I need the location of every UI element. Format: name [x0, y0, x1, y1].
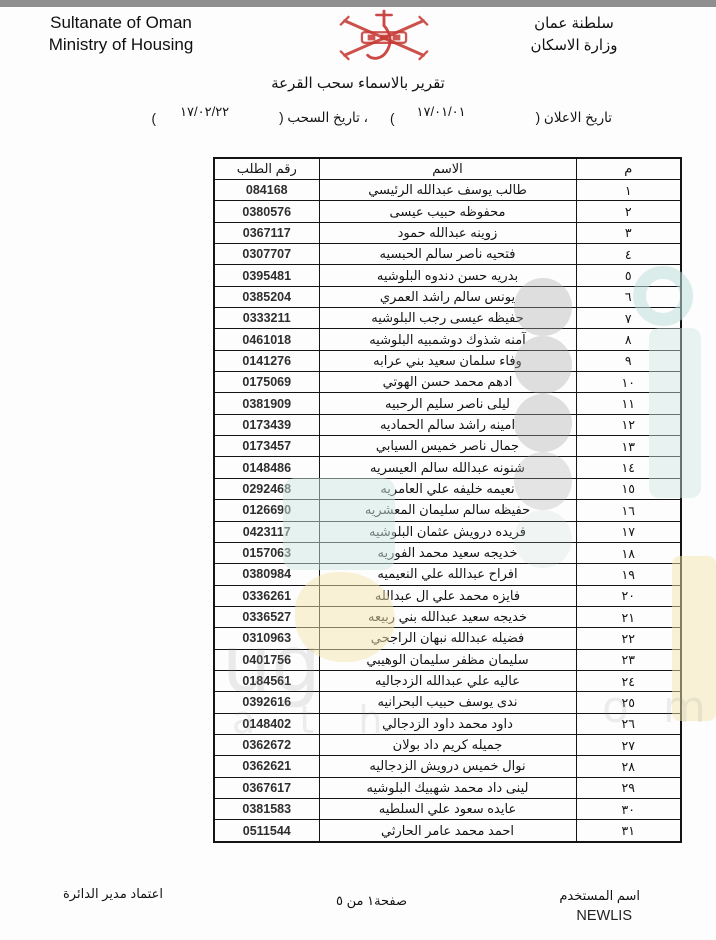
- table-row: 0157063خديجه سعيد محمد الفوريه١٨: [214, 542, 681, 563]
- request-no-cell: 0307707: [214, 244, 319, 265]
- table-row: 0511544احمد محمد عامر الحارثي٣١: [214, 820, 681, 842]
- serial-cell: ١٣: [576, 436, 681, 457]
- table-row: 0401756سليمان مظفر سليمان الوهيبي٢٣: [214, 649, 681, 670]
- request-no-cell: 0367117: [214, 222, 319, 243]
- arabic-header-line2: وزارة الاسكان: [504, 35, 644, 57]
- request-no-cell: 0333211: [214, 308, 319, 329]
- name-cell: ادهم محمد حسن الهوتي: [319, 372, 576, 393]
- table-row: 0333211حفيظه عيسى رجب البلوشيه٧: [214, 308, 681, 329]
- english-header-line2: Ministry of Housing: [30, 34, 212, 56]
- name-cell: يونس سالم راشد العمري: [319, 286, 576, 307]
- serial-cell: ١٩: [576, 564, 681, 585]
- request-no-cell: 0392616: [214, 692, 319, 713]
- request-no-header: رقم الطلب: [214, 158, 319, 180]
- table-row: 0141276وفاء سلمان سعيد بني عرابه٩: [214, 350, 681, 371]
- table-row: 0148486شنونه عبدالله سالم العيسريه١٤: [214, 457, 681, 478]
- table-row: 0362672جميله كريم داد بولان٢٧: [214, 734, 681, 755]
- announcement-close-paren: ): [390, 111, 395, 126]
- table-row: 0126690حفيظه سالم سليمان المعشريه١٦: [214, 500, 681, 521]
- serial-cell: ١٧: [576, 521, 681, 542]
- serial-cell: ١٦: [576, 500, 681, 521]
- serial-cell: ١٨: [576, 542, 681, 563]
- request-no-cell: 0292468: [214, 478, 319, 499]
- name-cell: وفاء سلمان سعيد بني عرابه: [319, 350, 576, 371]
- arabic-header-line1: سلطنة عمان: [504, 13, 644, 35]
- oman-emblem-icon: [336, 6, 432, 70]
- table-row: 0392616ندى يوسف حبيب البحرانيه٢٥: [214, 692, 681, 713]
- request-no-cell: 0175069: [214, 372, 319, 393]
- username-value: NEWLIS: [576, 908, 632, 924]
- name-cell: فايزه محمد علي ال عبدالله: [319, 585, 576, 606]
- serial-cell: ٦: [576, 286, 681, 307]
- table-row: 0380984افراح عبدالله علي النعيميه١٩: [214, 564, 681, 585]
- name-cell: آمنه شذوك دوشمبيه البلوشيه: [319, 329, 576, 350]
- table-row: 0461018آمنه شذوك دوشمبيه البلوشيه٨: [214, 329, 681, 350]
- serial-cell: ٧: [576, 308, 681, 329]
- serial-cell: ٢: [576, 201, 681, 222]
- serial-cell: ٩: [576, 350, 681, 371]
- serial-cell: ١٥: [576, 478, 681, 499]
- table-row: 0381909ليلى ناصر سليم الرحبيه١١: [214, 393, 681, 414]
- name-cell: ندى يوسف حبيب البحرانيه: [319, 692, 576, 713]
- request-no-cell: 0401756: [214, 649, 319, 670]
- name-cell: امينه راشد سالم الحماديه: [319, 414, 576, 435]
- request-no-cell: 0184561: [214, 670, 319, 691]
- name-cell: نوال خميس درويش الزدجاليه: [319, 756, 576, 777]
- request-no-cell: 0148402: [214, 713, 319, 734]
- table-row: 0385204يونس سالم راشد العمري٦: [214, 286, 681, 307]
- serial-cell: ٢٩: [576, 777, 681, 798]
- name-cell: احمد محمد عامر الحارثي: [319, 820, 576, 842]
- name-cell: فضيله عبدالله نبهان الراجحي: [319, 628, 576, 649]
- table-row: 0362621نوال خميس درويش الزدجاليه٢٨: [214, 756, 681, 777]
- table-row: 0395481بدريه حسن دندوه البلوشيه٥: [214, 265, 681, 286]
- serial-cell: ٣١: [576, 820, 681, 842]
- table-row: 0292468نعيمه خليفه علي العامريه١٥: [214, 478, 681, 499]
- request-no-cell: 0141276: [214, 350, 319, 371]
- request-no-cell: 084168: [214, 180, 319, 201]
- arabic-header: سلطنة عمان وزارة الاسكان: [504, 13, 644, 57]
- request-no-cell: 0310963: [214, 628, 319, 649]
- table-row: 0307707فتحيه ناصر سالم الحبسيه٤: [214, 244, 681, 265]
- serial-cell: ٢٢: [576, 628, 681, 649]
- name-cell: داود محمد داود الزدجالي: [319, 713, 576, 734]
- announcement-date-value: ١٧/٠١/٠١: [417, 104, 466, 120]
- name-cell: خديجه سعيد عبدالله بني ربيعه: [319, 606, 576, 627]
- date-line: تاريخ الاعلان ( ١٧/٠١/٠١ ) ، تاريخ السحب…: [152, 110, 612, 126]
- lottery-names-table: رقم الطلب الاسم م 084168طالب يوسف عبدالل…: [213, 157, 682, 843]
- table-row: 0381583عايده سعود علي السلطيه٣٠: [214, 798, 681, 819]
- request-no-cell: 0126690: [214, 500, 319, 521]
- serial-cell: ٤: [576, 244, 681, 265]
- table-row: 0175069ادهم محمد حسن الهوتي١٠: [214, 372, 681, 393]
- serial-cell: ٢٠: [576, 585, 681, 606]
- name-cell: نعيمه خليفه علي العامريه: [319, 478, 576, 499]
- english-header: Sultanate of Oman Ministry of Housing: [30, 12, 212, 56]
- serial-cell: ٢٧: [576, 734, 681, 755]
- request-no-cell: 0423117: [214, 521, 319, 542]
- request-no-cell: 0362621: [214, 756, 319, 777]
- name-cell: ليلى ناصر سليم الرحبيه: [319, 393, 576, 414]
- report-title: تقرير بالاسماء سحب القرعة: [0, 74, 716, 92]
- english-header-line1: Sultanate of Oman: [30, 12, 212, 34]
- name-cell: شنونه عبدالله سالم العيسريه: [319, 457, 576, 478]
- name-cell: لينى داد محمد شهبيك البلوشيه: [319, 777, 576, 798]
- table-row: 0336527خديجه سعيد عبدالله بني ربيعه٢١: [214, 606, 681, 627]
- table-row: 0184561عاليه علي عبدالله الزدجاليه٢٤: [214, 670, 681, 691]
- serial-cell: ٢٦: [576, 713, 681, 734]
- name-cell: طالب يوسف عبدالله الرئيسي: [319, 180, 576, 201]
- table-row: 0423117فريده درويش عثمان البلوشيه١٧: [214, 521, 681, 542]
- serial-cell: ٢٤: [576, 670, 681, 691]
- request-no-cell: 0380984: [214, 564, 319, 585]
- serial-cell: ٢٣: [576, 649, 681, 670]
- serial-cell: ١٤: [576, 457, 681, 478]
- approval-label: اعتماد مدير الدائرة: [63, 886, 163, 902]
- serial-cell: ٨: [576, 329, 681, 350]
- name-cell: عاليه علي عبدالله الزدجاليه: [319, 670, 576, 691]
- serial-cell: ٢٥: [576, 692, 681, 713]
- request-no-cell: 0380576: [214, 201, 319, 222]
- name-cell: حفيظه سالم سليمان المعشريه: [319, 500, 576, 521]
- serial-cell: ١: [576, 180, 681, 201]
- name-cell: حفيظه عيسى رجب البلوشيه: [319, 308, 576, 329]
- request-no-cell: 0395481: [214, 265, 319, 286]
- name-cell: فتحيه ناصر سالم الحبسيه: [319, 244, 576, 265]
- request-no-cell: 0511544: [214, 820, 319, 842]
- name-cell: فريده درويش عثمان البلوشيه: [319, 521, 576, 542]
- request-no-cell: 0385204: [214, 286, 319, 307]
- request-no-cell: 0362672: [214, 734, 319, 755]
- request-no-cell: 0367617: [214, 777, 319, 798]
- table-row: 0336261فايزه محمد علي ال عبدالله٢٠: [214, 585, 681, 606]
- name-cell: محفوظه حبيب عيسى: [319, 201, 576, 222]
- serial-cell: ١٢: [576, 414, 681, 435]
- name-cell: جميله كريم داد بولان: [319, 734, 576, 755]
- serial-cell: ٢١: [576, 606, 681, 627]
- name-header: الاسم: [319, 158, 576, 180]
- username-label: اسم المستخدم: [559, 888, 640, 904]
- serial-cell: ٢٨: [576, 756, 681, 777]
- name-cell: بدريه حسن دندوه البلوشيه: [319, 265, 576, 286]
- table-row: 084168طالب يوسف عبدالله الرئيسي١: [214, 180, 681, 201]
- serial-cell: ٣: [576, 222, 681, 243]
- name-cell: سليمان مظفر سليمان الوهيبي: [319, 649, 576, 670]
- request-no-cell: 0148486: [214, 457, 319, 478]
- name-cell: جمال ناصر خميس السيابي: [319, 436, 576, 457]
- request-no-cell: 0381909: [214, 393, 319, 414]
- request-no-cell: 0336261: [214, 585, 319, 606]
- table-row: 0173439امينه راشد سالم الحماديه١٢: [214, 414, 681, 435]
- serial-cell: ٣٠: [576, 798, 681, 819]
- table-row: 0380576محفوظه حبيب عيسى٢: [214, 201, 681, 222]
- request-no-cell: 0157063: [214, 542, 319, 563]
- request-no-cell: 0461018: [214, 329, 319, 350]
- draw-date-label: ، تاريخ السحب (: [279, 110, 368, 126]
- request-no-cell: 0173457: [214, 436, 319, 457]
- serial-header: م: [576, 158, 681, 180]
- draw-close-paren: ): [152, 111, 157, 126]
- name-cell: عايده سعود علي السلطيه: [319, 798, 576, 819]
- table-row: 0367617لينى داد محمد شهبيك البلوشيه٢٩: [214, 777, 681, 798]
- name-cell: خديجه سعيد محمد الفوريه: [319, 542, 576, 563]
- name-cell: افراح عبدالله علي النعيميه: [319, 564, 576, 585]
- table-row: 0173457جمال ناصر خميس السيابي١٣: [214, 436, 681, 457]
- table-row: 0310963فضيله عبدالله نبهان الراجحي٢٢: [214, 628, 681, 649]
- request-no-cell: 0381583: [214, 798, 319, 819]
- page-info: صفحة١ من ٥: [336, 893, 407, 909]
- request-no-cell: 0173439: [214, 414, 319, 435]
- serial-cell: ١٠: [576, 372, 681, 393]
- lottery-table-body: 084168طالب يوسف عبدالله الرئيسي١0380576م…: [214, 180, 681, 843]
- request-no-cell: 0336527: [214, 606, 319, 627]
- draw-date-value: ١٧/٠٢/٢٢: [180, 104, 229, 120]
- name-cell: زوينه عبدالله حمود: [319, 222, 576, 243]
- announcement-date-label: تاريخ الاعلان (: [536, 110, 612, 126]
- serial-cell: ١١: [576, 393, 681, 414]
- table-row: 0367117زوينه عبدالله حمود٣: [214, 222, 681, 243]
- table-header-row: رقم الطلب الاسم م: [214, 158, 681, 180]
- serial-cell: ٥: [576, 265, 681, 286]
- table-row: 0148402داود محمد داود الزدجالي٢٦: [214, 713, 681, 734]
